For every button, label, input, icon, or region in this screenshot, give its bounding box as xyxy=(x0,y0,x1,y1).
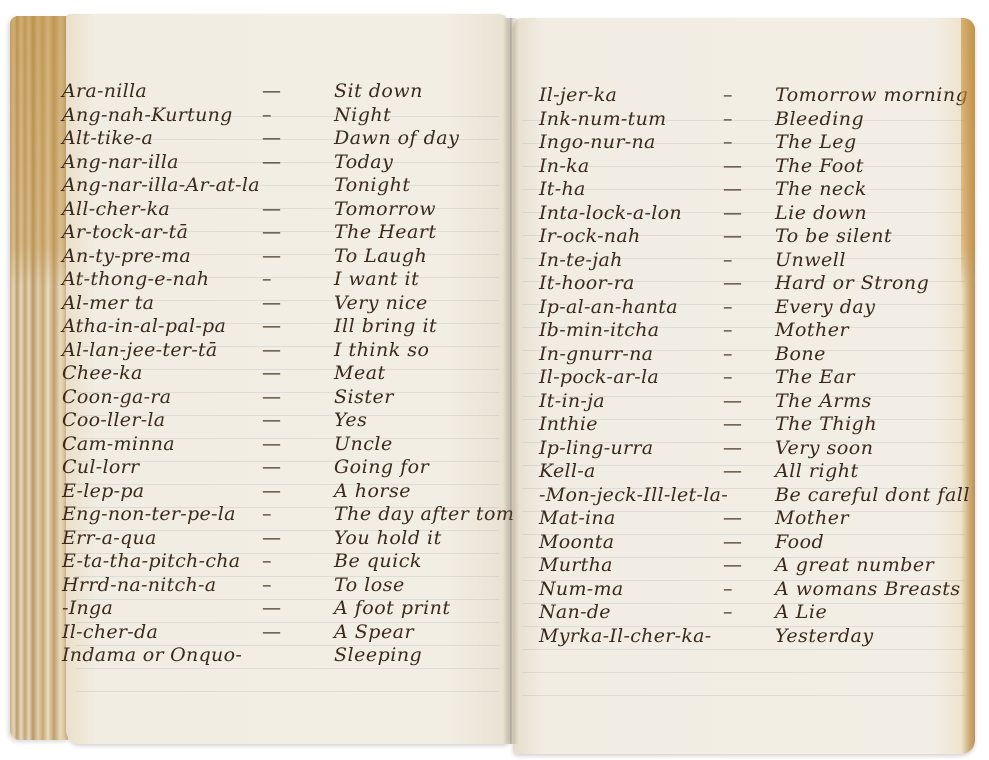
vocabulary-entry: In-ka — The Foot xyxy=(513,155,975,179)
separator-dash: – xyxy=(262,503,272,527)
native-term: E-lep-pa xyxy=(62,480,144,504)
native-term: Atha-in-al-pal-pa xyxy=(62,315,226,339)
separator-dash: — xyxy=(723,155,742,179)
native-term: In-te-jah xyxy=(539,249,623,273)
native-term: Ar-tock-ar-tā xyxy=(62,221,188,245)
separator-dash: – xyxy=(723,343,733,367)
page-edges xyxy=(10,16,68,740)
native-term: Kell-a xyxy=(539,460,596,484)
separator-dash: – xyxy=(262,104,272,128)
english-meaning: The Leg xyxy=(775,131,857,155)
native-term: Num-ma xyxy=(539,578,623,602)
separator-dash: — xyxy=(262,245,281,269)
separator-dash: — xyxy=(723,531,742,555)
vocabulary-entry: Coon-ga-ra — Sister xyxy=(66,386,509,410)
native-term: -Mon-jeck-Ill-let-la- xyxy=(539,484,728,508)
english-meaning: Hard or Strong xyxy=(775,272,929,296)
vocabulary-entry: Ib-min-itcha – Mother xyxy=(513,319,975,343)
native-term: Err-a-qua xyxy=(62,527,157,551)
english-meaning: To lose xyxy=(334,574,405,598)
vocabulary-entry: Coo-ller-la — Yes xyxy=(66,409,509,433)
native-term: It-ha xyxy=(539,178,586,202)
native-term: Ink-num-tum xyxy=(539,108,666,132)
native-term: In-gnurr-na xyxy=(539,343,653,367)
vocabulary-entry: At-thong-e-nah – I want it xyxy=(66,268,509,292)
english-meaning: Going for xyxy=(334,456,429,480)
vocabulary-entry: Num-ma – A womans Breasts xyxy=(513,578,975,602)
english-meaning: Be quick xyxy=(334,550,422,574)
separator-dash: — xyxy=(262,456,281,480)
vocabulary-entry: Inta-lock-a-lon — Lie down xyxy=(513,202,975,226)
separator-dash: — xyxy=(262,480,281,504)
left-page: Ara-nilla — Sit down Ang-nah-Kurtung – N… xyxy=(66,14,509,744)
vocabulary-entry: Cam-minna — Uncle xyxy=(66,433,509,457)
vocabulary-entry: Moonta — Food xyxy=(513,531,975,555)
separator-dash: – xyxy=(723,131,733,155)
right-page: Il-jer-ka – Tomorrow morning Ink-num-tum… xyxy=(513,18,975,754)
separator-dash: — xyxy=(262,315,281,339)
english-meaning: Mother xyxy=(775,319,849,343)
native-term: Mat-ina xyxy=(539,507,616,531)
english-meaning: Bleeding xyxy=(775,108,864,132)
separator-dash: — xyxy=(262,597,281,621)
english-meaning: Mother xyxy=(775,507,849,531)
separator-dash: — xyxy=(723,413,742,437)
separator-dash: – xyxy=(723,84,733,108)
native-term: Ir-ock-nah xyxy=(539,225,641,249)
english-meaning: You hold it xyxy=(334,527,442,551)
native-term: Inta-lock-a-lon xyxy=(539,202,682,226)
english-meaning: Tomorrow xyxy=(334,198,436,222)
vocabulary-entry: Ang-nah-Kurtung – Night xyxy=(66,104,509,128)
separator-dash: – xyxy=(262,550,272,574)
separator-dash: — xyxy=(262,386,281,410)
native-term: Ingo-nur-na xyxy=(539,131,656,155)
native-term: -Inga xyxy=(62,597,113,621)
separator-dash: — xyxy=(723,437,742,461)
vocabulary-entry: Al-lan-jee-ter-tā — I think so xyxy=(66,339,509,363)
vocabulary-entry: -Inga — A foot print xyxy=(66,597,509,621)
vocabulary-entry: An-ty-pre-ma — To Laugh xyxy=(66,245,509,269)
english-meaning: Every day xyxy=(775,296,875,320)
english-meaning: Night xyxy=(334,104,391,128)
native-term: Il-pock-ar-la xyxy=(539,366,659,390)
english-meaning: The Arms xyxy=(775,390,872,414)
native-term: Il-cher-da xyxy=(62,621,158,645)
vocabulary-entry: Al-mer ta — Very nice xyxy=(66,292,509,316)
vocabulary-entry: Il-pock-ar-la – The Ear xyxy=(513,366,975,390)
english-meaning: The Thigh xyxy=(775,413,877,437)
native-term: Coo-ller-la xyxy=(62,409,165,433)
separator-dash: – xyxy=(723,578,733,602)
vocabulary-entry: Chee-ka — Meat xyxy=(66,362,509,386)
vocabulary-entry: Ip-al-an-hanta – Every day xyxy=(513,296,975,320)
vocabulary-entry: In-gnurr-na – Bone xyxy=(513,343,975,367)
separator-dash: — xyxy=(723,390,742,414)
separator-dash: – xyxy=(723,249,733,273)
vocabulary-entry: Il-cher-da — A Spear xyxy=(66,621,509,645)
english-meaning: Dawn of day xyxy=(334,127,459,151)
vocabulary-entry: In-te-jah – Unwell xyxy=(513,249,975,273)
vocabulary-entry: Alt-tike-a — Dawn of day xyxy=(66,127,509,151)
vocabulary-entry: It-hoor-ra — Hard or Strong xyxy=(513,272,975,296)
native-term: It-in-ja xyxy=(539,390,605,414)
native-term: Ip-ling-urra xyxy=(539,437,653,461)
separator-dash: — xyxy=(262,362,281,386)
native-term: Indama or Onquo- xyxy=(62,644,242,668)
native-term: Nan-de xyxy=(539,601,611,625)
vocabulary-entry: Ar-tock-ar-tā — The Heart xyxy=(66,221,509,245)
native-term: Murtha xyxy=(539,554,613,578)
separator-dash: — xyxy=(262,221,281,245)
native-term: Hrrd-na-nitch-a xyxy=(62,574,216,598)
english-meaning: Very nice xyxy=(334,292,428,316)
separator-dash: — xyxy=(262,198,281,222)
vocabulary-entry: Il-jer-ka – Tomorrow morning xyxy=(513,84,975,108)
english-meaning: Tonight xyxy=(334,174,411,198)
separator-dash: – xyxy=(723,296,733,320)
native-term: Chee-ka xyxy=(62,362,143,386)
english-meaning: A Spear xyxy=(334,621,414,645)
english-meaning: The Ear xyxy=(775,366,855,390)
vocabulary-entry: Ink-num-tum – Bleeding xyxy=(513,108,975,132)
english-meaning: Yes xyxy=(334,409,367,433)
vocabulary-entry: Hrrd-na-nitch-a – To lose xyxy=(66,574,509,598)
english-meaning: Uncle xyxy=(334,433,393,457)
separator-dash: — xyxy=(262,292,281,316)
vocabulary-entry: Murtha — A great number xyxy=(513,554,975,578)
native-term: Il-jer-ka xyxy=(539,84,617,108)
vocabulary-entry: It-in-ja — The Arms xyxy=(513,390,975,414)
english-meaning: Sleeping xyxy=(334,644,422,668)
english-meaning: Tomorrow morning xyxy=(775,84,968,108)
english-meaning: To be silent xyxy=(775,225,892,249)
english-meaning: A great number xyxy=(775,554,934,578)
native-term: Eng-non-ter-pe-la xyxy=(62,503,236,527)
native-term: At-thong-e-nah xyxy=(62,268,209,292)
native-term: Ang-nar-illa-Ar-at-la xyxy=(62,174,260,198)
native-term: Ib-min-itcha xyxy=(539,319,659,343)
vocabulary-entry: Atha-in-al-pal-pa — Ill bring it xyxy=(66,315,509,339)
native-term: Ang-nar-illa xyxy=(62,151,179,175)
separator-dash: — xyxy=(262,527,281,551)
separator-dash: – xyxy=(723,108,733,132)
english-meaning: Be careful dont fall xyxy=(775,484,970,508)
native-term: Myrka-Il-cher-ka- xyxy=(539,625,712,649)
separator-dash: — xyxy=(723,460,742,484)
vocabulary-entry: Eng-non-ter-pe-la – The day after tomorr… xyxy=(66,503,509,527)
vocabulary-entry: Kell-a — All right xyxy=(513,460,975,484)
vocabulary-entry: E-lep-pa — A horse xyxy=(66,480,509,504)
vocabulary-entry: -Mon-jeck-Ill-let-la- Be careful dont fa… xyxy=(513,484,975,508)
separator-dash: — xyxy=(723,202,742,226)
vocabulary-entry: Mat-ina — Mother xyxy=(513,507,975,531)
vocabulary-entry: Ingo-nur-na – The Leg xyxy=(513,131,975,155)
native-term: Al-mer ta xyxy=(62,292,154,316)
separator-dash: — xyxy=(262,621,281,645)
english-meaning: The Heart xyxy=(334,221,437,245)
vocabulary-entry: Nan-de – A Lie xyxy=(513,601,975,625)
english-meaning: A horse xyxy=(334,480,411,504)
separator-dash: – xyxy=(262,268,272,292)
english-meaning: Yesterday xyxy=(775,625,874,649)
english-meaning: Meat xyxy=(334,362,386,386)
open-notebook: Ara-nilla — Sit down Ang-nah-Kurtung – N… xyxy=(0,0,989,760)
vocabulary-entry: Indama or Onquo- Sleeping xyxy=(66,644,509,668)
separator-dash: — xyxy=(723,178,742,202)
english-meaning: A womans Breasts xyxy=(775,578,961,602)
native-term: In-ka xyxy=(539,155,590,179)
vocabulary-list-left: Ara-nilla — Sit down Ang-nah-Kurtung – N… xyxy=(66,80,509,668)
separator-dash: — xyxy=(723,554,742,578)
english-meaning: Sister xyxy=(334,386,394,410)
vocabulary-entry: Ir-ock-nah — To be silent xyxy=(513,225,975,249)
native-term: E-ta-tha-pitch-cha xyxy=(62,550,240,574)
english-meaning: A Lie xyxy=(775,601,827,625)
english-meaning: I think so xyxy=(334,339,429,363)
native-term: Ara-nilla xyxy=(62,80,147,104)
vocabulary-entry: Inthie — The Thigh xyxy=(513,413,975,437)
native-term: An-ty-pre-ma xyxy=(62,245,191,269)
separator-dash: — xyxy=(723,225,742,249)
native-term: Ip-al-an-hanta xyxy=(539,296,678,320)
native-term: Al-lan-jee-ter-tā xyxy=(62,339,218,363)
english-meaning: Very soon xyxy=(775,437,873,461)
vocabulary-entry: E-ta-tha-pitch-cha – Be quick xyxy=(66,550,509,574)
separator-dash: — xyxy=(723,272,742,296)
vocabulary-list-right: Il-jer-ka – Tomorrow morning Ink-num-tum… xyxy=(513,84,975,648)
english-meaning: The neck xyxy=(775,178,867,202)
vocabulary-entry: Cul-lorr — Going for xyxy=(66,456,509,480)
vocabulary-entry: Ang-nar-illa-Ar-at-la Tonight xyxy=(66,174,509,198)
separator-dash: — xyxy=(262,127,281,151)
native-term: It-hoor-ra xyxy=(539,272,635,296)
separator-dash: — xyxy=(262,80,281,104)
native-term: Cam-minna xyxy=(62,433,175,457)
vocabulary-entry: Ara-nilla — Sit down xyxy=(66,80,509,104)
english-meaning: Food xyxy=(775,531,824,555)
separator-dash: — xyxy=(723,507,742,531)
english-meaning: Today xyxy=(334,151,393,175)
separator-dash: — xyxy=(262,409,281,433)
english-meaning: I want it xyxy=(334,268,419,292)
separator-dash: — xyxy=(262,339,281,363)
english-meaning: Lie down xyxy=(775,202,867,226)
native-term: Ang-nah-Kurtung xyxy=(62,104,233,128)
book-gutter xyxy=(503,18,519,744)
native-term: Inthie xyxy=(539,413,598,437)
separator-dash: — xyxy=(262,433,281,457)
english-meaning: A foot print xyxy=(334,597,451,621)
english-meaning: Unwell xyxy=(775,249,846,273)
separator-dash: – xyxy=(723,366,733,390)
native-term: Cul-lorr xyxy=(62,456,139,480)
english-meaning: The Foot xyxy=(775,155,864,179)
separator-dash: – xyxy=(723,319,733,343)
separator-dash: – xyxy=(262,574,272,598)
native-term: Moonta xyxy=(539,531,614,555)
vocabulary-entry: Myrka-Il-cher-ka- Yesterday xyxy=(513,625,975,649)
vocabulary-entry: Ang-nar-illa — Today xyxy=(66,151,509,175)
english-meaning: Ill bring it xyxy=(334,315,437,339)
native-term: Alt-tike-a xyxy=(62,127,153,151)
english-meaning: All right xyxy=(775,460,859,484)
vocabulary-entry: Ip-ling-urra — Very soon xyxy=(513,437,975,461)
vocabulary-entry: All-cher-ka — Tomorrow xyxy=(66,198,509,222)
native-term: Coon-ga-ra xyxy=(62,386,171,410)
native-term: All-cher-ka xyxy=(62,198,170,222)
vocabulary-entry: It-ha — The neck xyxy=(513,178,975,202)
english-meaning: To Laugh xyxy=(334,245,427,269)
separator-dash: — xyxy=(262,151,281,175)
vocabulary-entry: Err-a-qua — You hold it xyxy=(66,527,509,551)
english-meaning: Bone xyxy=(775,343,826,367)
english-meaning: Sit down xyxy=(334,80,423,104)
separator-dash: – xyxy=(723,601,733,625)
